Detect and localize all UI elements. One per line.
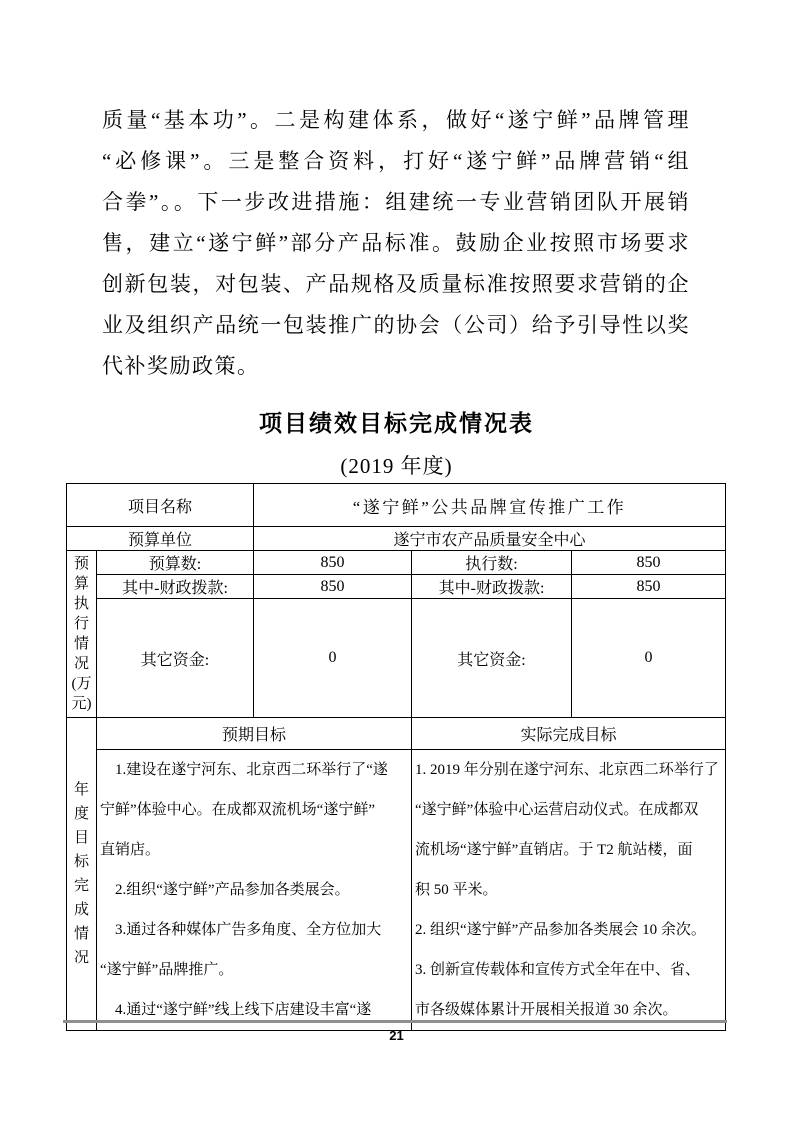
other-funds-label: 其它资金: xyxy=(412,599,572,718)
expected-goal-cell: 1.建设在遂宁河东、北京西二环举行了“遂 宁鲜”体验中心。在成都双流机场“遂宁鲜… xyxy=(97,750,412,1031)
table-row: 预算执行情况(万元) 预算数: 850 执行数: 850 xyxy=(67,551,726,575)
actual-goal-line: 市各级媒体累计开展相关报道 30 余次。 xyxy=(415,990,722,1030)
other-funds-value: 0 xyxy=(254,599,412,718)
budget-amount-value: 850 xyxy=(254,551,412,575)
performance-table: 项目名称 “遂宁鲜”公共品牌宣传推广工作 预算单位 遂宁市农产品质量安全中心 预… xyxy=(66,483,726,1031)
actual-goal-header: 实际完成目标 xyxy=(412,718,726,750)
table-row: 项目名称 “遂宁鲜”公共品牌宣传推广工作 xyxy=(67,484,726,527)
body-paragraph-line: 质量“基本功”。二是构建体系，做好“遂宁鲜”品牌管理 xyxy=(102,100,690,141)
actual-goal-line: 3. 创新宣传载体和宣传方式全年在中、省、 xyxy=(415,950,722,990)
other-funds-value: 0 xyxy=(572,599,726,718)
page-break-cut-line xyxy=(63,1020,727,1023)
expected-goal-line: 2.组织“遂宁鲜”产品参加各类展会。 xyxy=(100,870,408,910)
budget-unit-value: 遂宁市农产品质量安全中心 xyxy=(254,527,726,551)
body-paragraph-line: 合拳”。。下一步改进措施：组建统一专业营销团队开展销 xyxy=(102,182,690,223)
actual-goal-cell: 1. 2019 年分别在遂宁河东、北京西二环举行了 “遂宁鲜”体验中心运营启动仪… xyxy=(412,750,726,1031)
project-name-label: 项目名称 xyxy=(67,484,254,527)
execution-amount-value: 850 xyxy=(572,551,726,575)
body-paragraph-line: 售，建立“遂宁鲜”部分产品标准。鼓励企业按照市场要求 xyxy=(102,223,690,264)
other-funds-label: 其它资金: xyxy=(97,599,254,718)
expected-goal-line: 3.通过各种媒体广告多角度、全方位加大 xyxy=(100,910,408,950)
fiscal-allocation-label: 其中-财政拨款: xyxy=(412,575,572,599)
fiscal-allocation-value: 850 xyxy=(254,575,412,599)
page-number: 21 xyxy=(0,1028,793,1043)
budget-section-label: 预算执行情况(万元) xyxy=(67,551,97,718)
expected-goal-line: 宁鲜”体验中心。在成都双流机场“遂宁鲜” xyxy=(100,790,408,830)
body-paragraph: 质量“基本功”。二是构建体系，做好“遂宁鲜”品牌管理 “必修课”。三是整合资料，… xyxy=(102,100,690,387)
table-row: 1.建设在遂宁河东、北京西二环举行了“遂 宁鲜”体验中心。在成都双流机场“遂宁鲜… xyxy=(67,750,726,1031)
table-subtitle-year: (2019 年度) xyxy=(0,450,793,480)
execution-amount-label: 执行数: xyxy=(412,551,572,575)
table-row: 其它资金: 0 其它资金: 0 xyxy=(67,599,726,718)
actual-goal-line: “遂宁鲜”体验中心运营启动仪式。在成都双 xyxy=(415,790,722,830)
body-paragraph-line: 创新包装，对包装、产品规格及质量标准按照要求营销的企 xyxy=(102,264,690,305)
budget-amount-label: 预算数: xyxy=(97,551,254,575)
budget-unit-label: 预算单位 xyxy=(67,527,254,551)
actual-goal-line: 积 50 平米。 xyxy=(415,870,722,910)
body-paragraph-line: 代补奖励政策。 xyxy=(102,346,690,387)
expected-goal-line: 1.建设在遂宁河东、北京西二环举行了“遂 xyxy=(100,750,408,790)
expected-goal-line: 直销店。 xyxy=(100,830,408,870)
actual-goal-line: 1. 2019 年分别在遂宁河东、北京西二环举行了 xyxy=(415,750,722,790)
expected-goal-line: 4.通过“遂宁鲜”线上线下店建设丰富“遂 xyxy=(100,990,408,1030)
table-row: 其中-财政拨款: 850 其中-财政拨款: 850 xyxy=(67,575,726,599)
fiscal-allocation-label: 其中-财政拨款: xyxy=(97,575,254,599)
expected-goal-line: “遂宁鲜”品牌推广。 xyxy=(100,950,408,990)
body-paragraph-line: “必修课”。三是整合资料，打好“遂宁鲜”品牌营销“组 xyxy=(102,141,690,182)
document-page: 质量“基本功”。二是构建体系，做好“遂宁鲜”品牌管理 “必修课”。三是整合资料，… xyxy=(0,0,793,1122)
table-row: 年度目标完成情况 预期目标 实际完成目标 xyxy=(67,718,726,750)
body-paragraph-line: 业及组织产品统一包装推广的协会（公司）给予引导性以奖 xyxy=(102,305,690,346)
project-name-value: “遂宁鲜”公共品牌宣传推广工作 xyxy=(254,484,726,527)
annual-goal-section-label: 年度目标完成情况 xyxy=(67,718,97,1031)
table-title: 项目绩效目标完成情况表 xyxy=(0,405,793,438)
actual-goal-line: 流机场“遂宁鲜”直销店。于 T2 航站楼，面 xyxy=(415,830,722,870)
fiscal-allocation-value: 850 xyxy=(572,575,726,599)
expected-goal-header: 预期目标 xyxy=(97,718,412,750)
table-row: 预算单位 遂宁市农产品质量安全中心 xyxy=(67,527,726,551)
actual-goal-line: 2. 组织“遂宁鲜”产品参加各类展会 10 余次。 xyxy=(415,910,722,950)
